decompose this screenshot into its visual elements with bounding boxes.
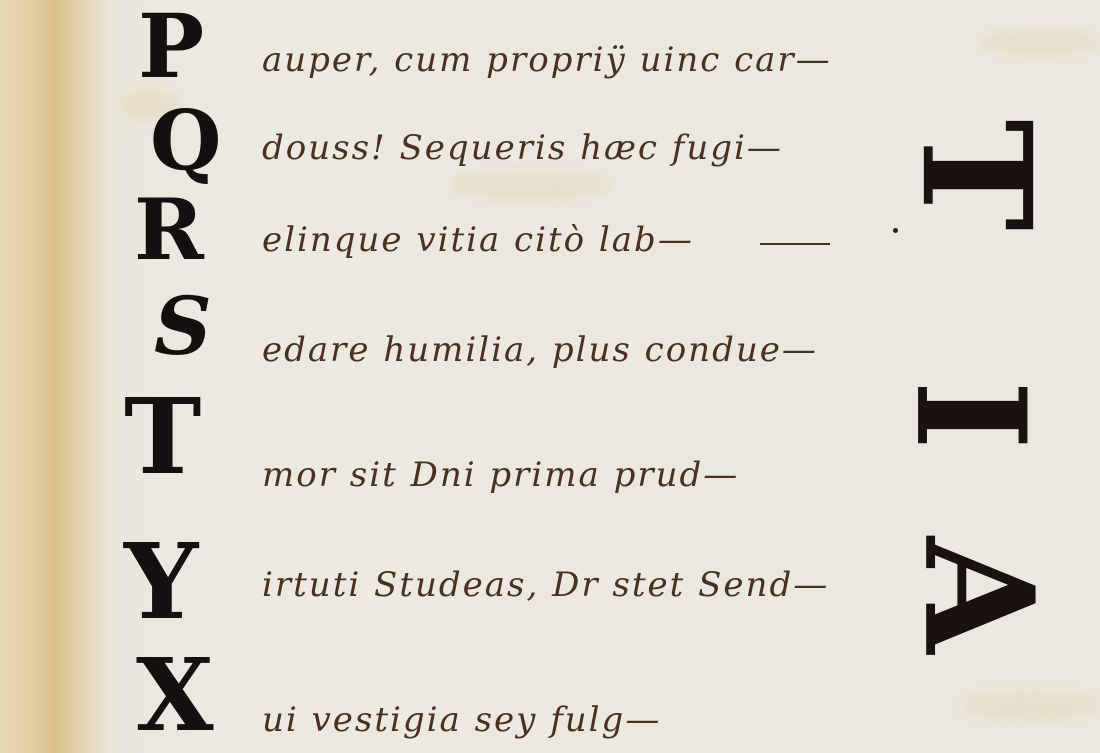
handwriting-line-3: elinque vitia citò lab— xyxy=(262,220,882,260)
printed-letter-t: T xyxy=(124,385,201,489)
printed-letter-p: P xyxy=(138,2,204,90)
printed-letter-y: Y xyxy=(124,530,198,634)
printed-letter-r: R xyxy=(134,188,204,272)
manuscript-page: P Q R S T Y X auper, cum propriÿ uinc ca… xyxy=(0,0,1100,753)
rotated-letter-i: I xyxy=(895,380,1045,450)
handwriting-line-5: mor sit Dni prima prud— xyxy=(262,455,882,495)
printed-letter-q: Q xyxy=(150,100,221,182)
handwriting-line-7: ui vestigia sey fulg— xyxy=(262,700,882,740)
printed-letter-x: X xyxy=(136,645,214,745)
rotated-letter-a: A xyxy=(903,537,1053,653)
handwriting-line-1: auper, cum propriÿ uinc car— xyxy=(262,40,882,80)
right-rotated-letters: T I A xyxy=(880,0,1100,753)
printed-letter-s: S xyxy=(154,286,212,366)
handwriting-line-6: irtuti Studeas, Dr stet Send— xyxy=(262,565,882,605)
left-alphabet-column: P Q R S T Y X xyxy=(110,0,260,753)
rotated-letter-t: T xyxy=(901,119,1051,231)
handwriting-line-4: edare humilia, plus condue— xyxy=(262,330,882,370)
handwriting-line-2: douss! Sequeris hæc fugi— xyxy=(262,128,882,168)
line-end-dash xyxy=(760,243,830,245)
